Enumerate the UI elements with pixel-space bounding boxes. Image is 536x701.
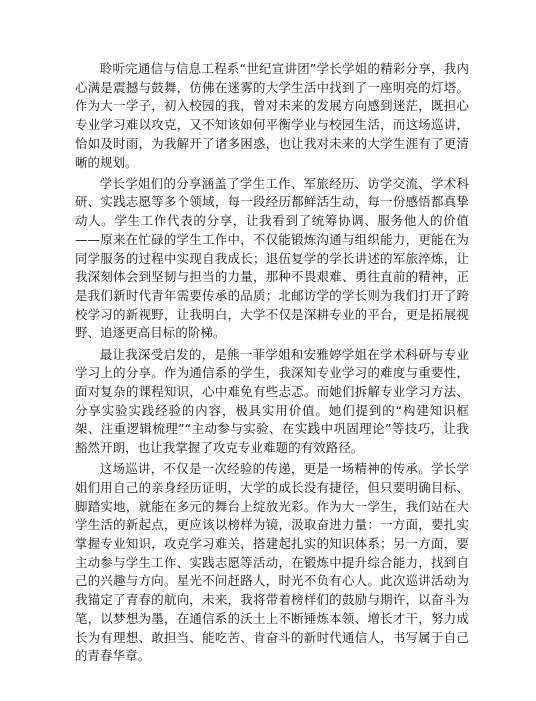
paragraph-academic-inspiration: 最让我深受启发的，是熊一菲学姐和安雅婷学姐在学术科研与专业学习上的分享。作为通信… (75, 346, 469, 458)
paragraph-sharing-topics: 学长学姐们的分享涵盖了学生工作、军旅经历、访学交流、学术科研、实践志愿等多个领域… (75, 175, 469, 343)
document-page: 聆听完通信与信息工程系“世纪宣讲团”学长学姐的精彩分享，我内心满是震撼与鼓舞，仿… (75, 60, 469, 669)
paragraph-intro: 聆听完通信与信息工程系“世纪宣讲团”学长学姐的精彩分享，我内心满是震撼与鼓舞，仿… (75, 60, 469, 172)
paragraph-conclusion: 这场巡讲，不仅是一次经验的传递，更是一场精神的传承。学长学姐们用自己的亲身经历证… (75, 460, 469, 666)
